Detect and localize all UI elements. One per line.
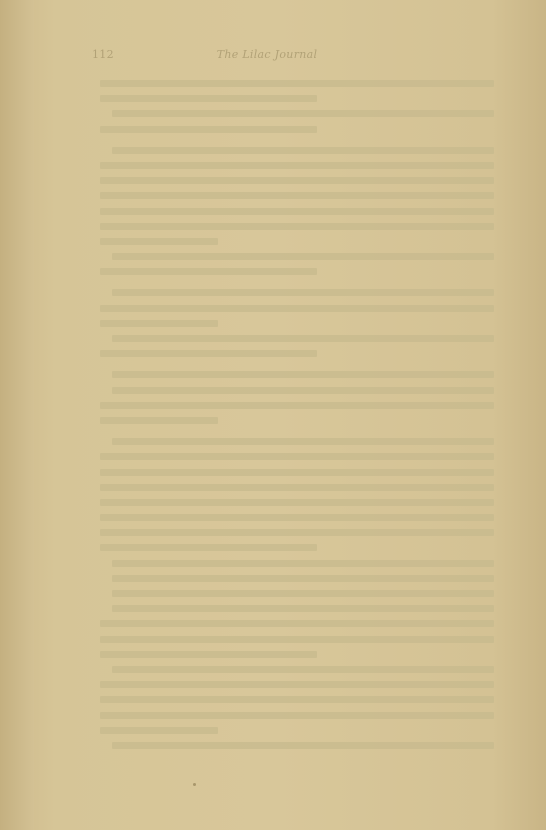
illegible-text: [illegible] xyxy=(100,238,218,245)
illegible-text: [illegible] xyxy=(100,453,494,460)
text-line: [illegible] xyxy=(100,367,494,382)
illegible-text: [illegible] xyxy=(100,208,494,215)
illegible-text: [illegible] xyxy=(100,320,218,327)
text-line: [illegible] xyxy=(100,465,494,480)
illegible-text: [illegible] xyxy=(100,80,494,87)
text-line: [illegible] xyxy=(100,586,494,601)
illegible-text: [illegible] xyxy=(100,95,317,102)
text-line: [illegible] xyxy=(100,556,494,571)
text-line: [illegible] xyxy=(100,434,494,449)
text-line: [illegible] xyxy=(100,316,494,331)
illegible-text: [illegible] xyxy=(100,681,494,688)
illegible-text: [illegible] xyxy=(100,514,494,521)
text-line: [illegible] xyxy=(100,677,494,692)
page-number: 112 xyxy=(92,48,114,61)
illegible-text: [illegible] xyxy=(112,371,494,378)
text-line: [illegible] xyxy=(100,331,494,346)
illegible-text: [illegible] xyxy=(100,469,494,476)
text-line: [illegible] xyxy=(100,204,494,219)
illegible-text: [illegible] xyxy=(112,147,494,154)
illegible-text: [illegible] xyxy=(112,289,494,296)
text-line: [illegible] xyxy=(100,495,494,510)
illegible-text: [illegible] xyxy=(112,590,494,597)
print-mark xyxy=(193,783,196,786)
text-line: [illegible] xyxy=(100,449,494,464)
illegible-text: [illegible] xyxy=(100,402,494,409)
illegible-text: [illegible] xyxy=(100,223,494,230)
text-line: [illegible] xyxy=(100,219,494,234)
text-line: [illegible] xyxy=(100,510,494,525)
text-line: [illegible] xyxy=(100,616,494,631)
text-line: [illegible] xyxy=(100,692,494,707)
illegible-text: [illegible] xyxy=(100,177,494,184)
text-line: [illegible] xyxy=(100,234,494,249)
text-line: [illegible] xyxy=(100,525,494,540)
text-line: [illegible] xyxy=(100,540,494,555)
illegible-text: [illegible] xyxy=(100,620,494,627)
text-line: [illegible] xyxy=(100,398,494,413)
illegible-text: [illegible] xyxy=(112,110,494,117)
illegible-text: [illegible] xyxy=(100,651,317,658)
illegible-text: [illegible] xyxy=(112,438,494,445)
text-line: [illegible] xyxy=(100,173,494,188)
illegible-text: [illegible] xyxy=(100,499,494,506)
text-line: [illegible] xyxy=(100,91,494,106)
illegible-text: [illegible] xyxy=(112,253,494,260)
text-line: [illegible] xyxy=(100,413,494,428)
text-line: [illegible] xyxy=(100,480,494,495)
illegible-text: [illegible] xyxy=(100,712,494,719)
illegible-text: [illegible] xyxy=(100,305,494,312)
text-line: [illegible] xyxy=(100,708,494,723)
text-line: [illegible] xyxy=(100,662,494,677)
text-line: [illegible] xyxy=(100,76,494,91)
illegible-text: [illegible] xyxy=(112,335,494,342)
illegible-text: [illegible] xyxy=(112,666,494,673)
illegible-text: [illegible] xyxy=(100,268,317,275)
text-line: [illegible] xyxy=(100,346,494,361)
illegible-text: [illegible] xyxy=(112,560,494,567)
illegible-text: [illegible] xyxy=(100,696,494,703)
illegible-text: [illegible] xyxy=(112,742,494,749)
text-line: [illegible] xyxy=(100,285,494,300)
illegible-text: [illegible] xyxy=(112,605,494,612)
text-line: [illegible] xyxy=(100,158,494,173)
illegible-text: [illegible] xyxy=(100,727,218,734)
illegible-text: [illegible] xyxy=(100,484,494,491)
text-line: [illegible] xyxy=(100,143,494,158)
running-title: The Lilac Journal xyxy=(172,48,362,61)
text-line: [illegible] xyxy=(100,249,494,264)
book-spine-shadow xyxy=(0,0,34,830)
text-line: [illegible] xyxy=(100,106,494,121)
scanned-page: 112 The Lilac Journal [illegible][illegi… xyxy=(0,0,546,830)
illegible-text: [illegible] xyxy=(100,417,218,424)
text-line: [illegible] xyxy=(100,301,494,316)
illegible-text: [illegible] xyxy=(100,544,317,551)
text-line: [illegible] xyxy=(100,632,494,647)
text-line: [illegible] xyxy=(100,723,494,738)
text-line: [illegible] xyxy=(100,738,494,753)
text-line: [illegible] xyxy=(100,647,494,662)
illegible-text: [illegible] xyxy=(112,387,494,394)
text-line: [illegible] xyxy=(100,383,494,398)
text-line: [illegible] xyxy=(100,188,494,203)
body-text: [illegible][illegible][illegible][illegi… xyxy=(100,76,494,753)
illegible-text: [illegible] xyxy=(112,575,494,582)
illegible-text: [illegible] xyxy=(100,636,494,643)
illegible-text: [illegible] xyxy=(100,162,494,169)
text-line: [illegible] xyxy=(100,571,494,586)
illegible-text: [illegible] xyxy=(100,192,494,199)
text-line: [illegible] xyxy=(100,601,494,616)
illegible-text: [illegible] xyxy=(100,350,317,357)
illegible-text: [illegible] xyxy=(100,529,494,536)
text-line: [illegible] xyxy=(100,122,494,137)
running-header: 112 The Lilac Journal xyxy=(92,48,488,64)
illegible-text: [illegible] xyxy=(100,126,317,133)
text-line: [illegible] xyxy=(100,264,494,279)
